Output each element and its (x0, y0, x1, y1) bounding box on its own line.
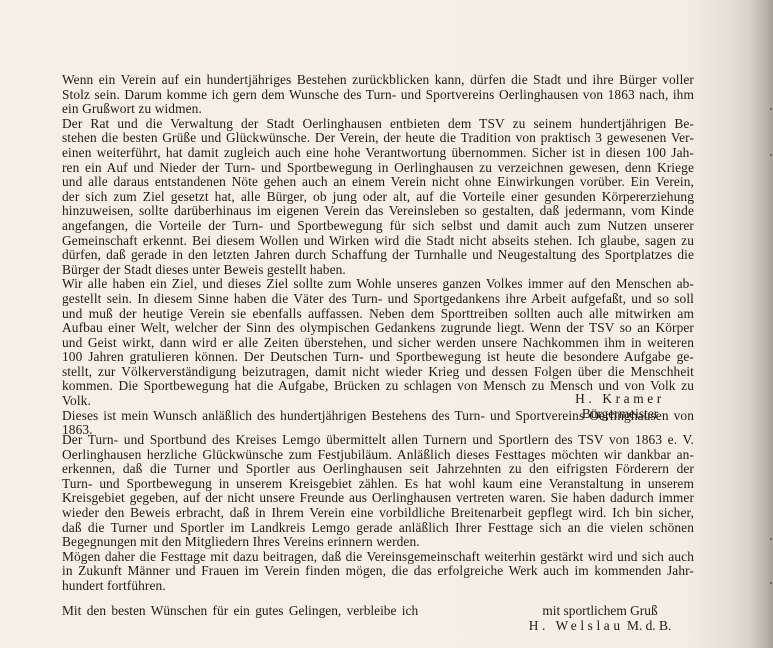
binding-hole-mark (770, 582, 772, 584)
scanned-page: Wenn ein Verein auf ein hundertjähriges … (0, 0, 773, 648)
text-line: Bürger der Stadt dieses unter Beweis ges… (62, 263, 694, 278)
page-gutter-shadow (749, 0, 773, 648)
signature-title: Bürgermeister (540, 407, 700, 422)
text-line: und alle daraus entstandenen Nöte gehen … (62, 175, 694, 190)
binding-hole-mark (770, 538, 772, 540)
text-line: daß die Turner und Sportler im Landkreis… (62, 521, 694, 536)
text-line: Der Rat und die Verwaltung der Stadt Oer… (62, 117, 694, 132)
mayor-signature: H. Kramer Bürgermeister (540, 392, 700, 421)
text-line: ren ein Auf und Nieder der Turn- und Spo… (62, 161, 694, 176)
binding-hole-mark (770, 154, 772, 156)
text-line: Begegnungen mit den Mitgliedern Ihres Ve… (62, 535, 694, 550)
text-line: der sich zum Ziel gesetzt hat, alle Bürg… (62, 190, 694, 205)
letter-sportbund-body: Der Turn- und Sportbund des Kreises Lemg… (62, 433, 694, 594)
letter-mayor-body: Wenn ein Verein auf ein hundertjähriges … (62, 73, 694, 438)
text-line: Turn- und Sportbewegung in unserem Kreis… (62, 477, 694, 492)
text-line: stehen die besten Grüße und Glückwünsche… (62, 131, 694, 146)
text-line: Der Turn- und Sportbund des Kreises Lemg… (62, 433, 694, 448)
signature-name: H. Welslau (529, 618, 624, 633)
sportbund-signature: mit sportlichem Gruß H. Welslau M. d. B. (490, 604, 710, 633)
text-line: Aufbau einer Welt, welcher der Sinn des … (62, 321, 694, 336)
text-line: wieder den Beweis erbracht, daß in Ihrem… (62, 506, 694, 521)
signature-suffix: M. d. B. (627, 618, 671, 633)
binding-hole-mark (770, 108, 772, 110)
text-line: Stolz sein. Darum komme ich gern dem Wun… (62, 88, 694, 103)
text-line: Wir alle haben ein Ziel, und dieses Ziel… (62, 277, 694, 292)
text-line: Mögen daher die Festtage mit dazu beitra… (62, 550, 694, 565)
text-line: hundert fortführen. (62, 579, 694, 594)
text-line: einen weiterführt, hat damit zugleich au… (62, 146, 694, 161)
text-line: erkennen, daß die Turner und Sportler au… (62, 462, 694, 477)
text-line: Wenn ein Verein auf ein hundertjähriges … (62, 73, 694, 88)
greeting: mit sportlichem Gruß (490, 604, 710, 619)
text-line: Kreisgebiet gegeben, auf der nicht unser… (62, 491, 694, 506)
text-line: ein Grußwort zu widmen. (62, 102, 694, 117)
text-line: Oerlinghausen herzliche Glückwünsche zum… (62, 448, 694, 463)
closing-line: Mit den besten Wünschen für ein gutes Ge… (62, 604, 418, 619)
text-line: stellt, zur Völkerverständigung beizutra… (62, 365, 694, 380)
text-line: Gemeinschaft erkennt. Bei diesem Wollen … (62, 234, 694, 249)
text-line: 100 Jahren gratulieren können. Der Deuts… (62, 350, 694, 365)
text-line: in Zukunft Männer und Frauen im Verein f… (62, 564, 694, 579)
signature-name: H. Kramer (540, 392, 700, 407)
text-line: angefangen, die Vorteile der Turn- und S… (62, 219, 694, 234)
text-line: hinzuweisen, sollte darüberhinaus im eig… (62, 204, 694, 219)
text-line: und muß der heutige Verein sie ebenfalls… (62, 307, 694, 322)
text-line: und Geist wirkt, dann wird er alle Zeite… (62, 336, 694, 351)
text-line: gestellt sein. In diesem Sinne haben die… (62, 292, 694, 307)
text-line: dürfen, daß gerade in den letzten Jahren… (62, 248, 694, 263)
